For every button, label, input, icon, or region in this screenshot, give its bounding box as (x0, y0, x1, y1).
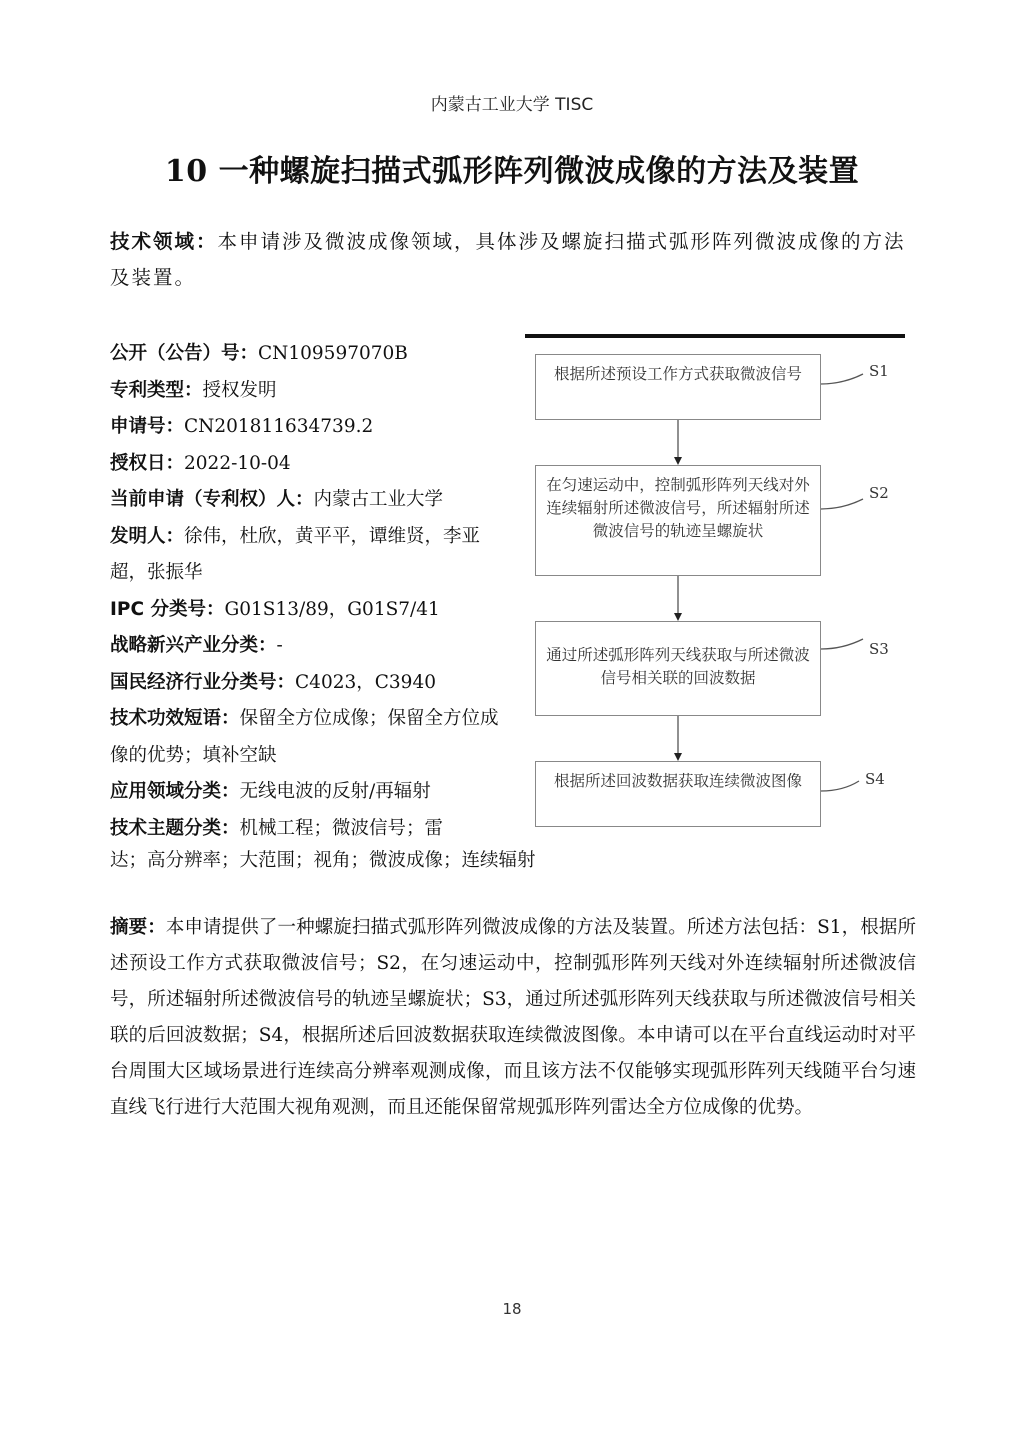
document-title: 10 一种螺旋扫描式弧形阵列微波成像的方法及装置 (0, 146, 1024, 190)
meta-row-tech-topic: 技术主题分类：机械工程；微波信号；雷 (110, 811, 515, 848)
meta-row-patent-type: 专利类型：授权发明 (110, 373, 515, 410)
meta-row-applicant: 当前申请（专利权）人：内蒙古工业大学 (110, 482, 515, 519)
flow-step-s4: 根据所述回波数据获取连续微波图像 (535, 761, 821, 827)
flow-step-s3: 通过所述弧形阵列天线获取与所述微波信号相关联的回波数据 (535, 621, 821, 716)
flow-label-s4: S4 (865, 770, 885, 788)
patent-metadata: 公开（公告）号：CN109597070B 专利类型：授权发明 申请号：CN201… (110, 336, 515, 847)
flow-step-s2: 在匀速运动中，控制弧形阵列天线对外连续辐射所述微波信号，所述辐射所述微波信号的轨… (535, 465, 821, 576)
flow-step-s1: 根据所述预设工作方式获取微波信号 (535, 354, 821, 420)
meta-row-ipc: IPC 分类号：G01S13/89，G01S7/41 (110, 592, 515, 629)
tech-field-paragraph: 技术领域：本申请涉及微波成像领域，具体涉及螺旋扫描式弧形阵列微波成像的方法及装置… (110, 224, 915, 296)
flow-label-s3: S3 (869, 640, 889, 658)
meta-row-economic-classification: 国民经济行业分类号：C4023，C3940 (110, 665, 515, 702)
meta-row-publication-number: 公开（公告）号：CN109597070B (110, 336, 515, 373)
tech-field-text: 本申请涉及微波成像领域，具体涉及螺旋扫描式弧形阵列微波成像的方法及装置。 (110, 230, 906, 289)
meta-row-inventors: 发明人：徐伟，杜欣，黄平平，谭维贤，李亚超，张振华 (110, 519, 515, 592)
meta-row-strategic-industry: 战略新兴产业分类：- (110, 628, 515, 665)
flowchart-figure: 根据所述预设工作方式获取微波信号 S1 在匀速运动中，控制弧形阵列天线对外连续辐… (525, 334, 910, 834)
flow-label-s1: S1 (869, 362, 889, 380)
page-header: 内蒙古工业大学 TISC (0, 90, 1024, 115)
meta-row-application-field: 应用领域分类：无线电波的反射/再辐射 (110, 774, 515, 811)
page-number: 18 (0, 1300, 1024, 1318)
abstract-label: 摘要： (110, 917, 166, 938)
abstract-text: 本申请提供了一种螺旋扫描式弧形阵列微波成像的方法及装置。所述方法包括：S1，根据… (110, 917, 916, 1118)
tech-field-label: 技术领域： (110, 230, 218, 253)
flow-label-s2: S2 (869, 484, 889, 502)
meta-tech-topic-continuation: 达；高分辨率；大范围；视角；微波成像；连续辐射 (110, 843, 630, 879)
meta-row-tech-effect: 技术功效短语：保留全方位成像；保留全方位成像的优势；填补空缺 (110, 701, 515, 774)
meta-row-grant-date: 授权日：2022-10-04 (110, 446, 515, 483)
meta-row-application-number: 申请号：CN201811634739.2 (110, 409, 515, 446)
abstract-paragraph: 摘要：本申请提供了一种螺旋扫描式弧形阵列微波成像的方法及装置。所述方法包括：S1… (110, 910, 916, 1126)
